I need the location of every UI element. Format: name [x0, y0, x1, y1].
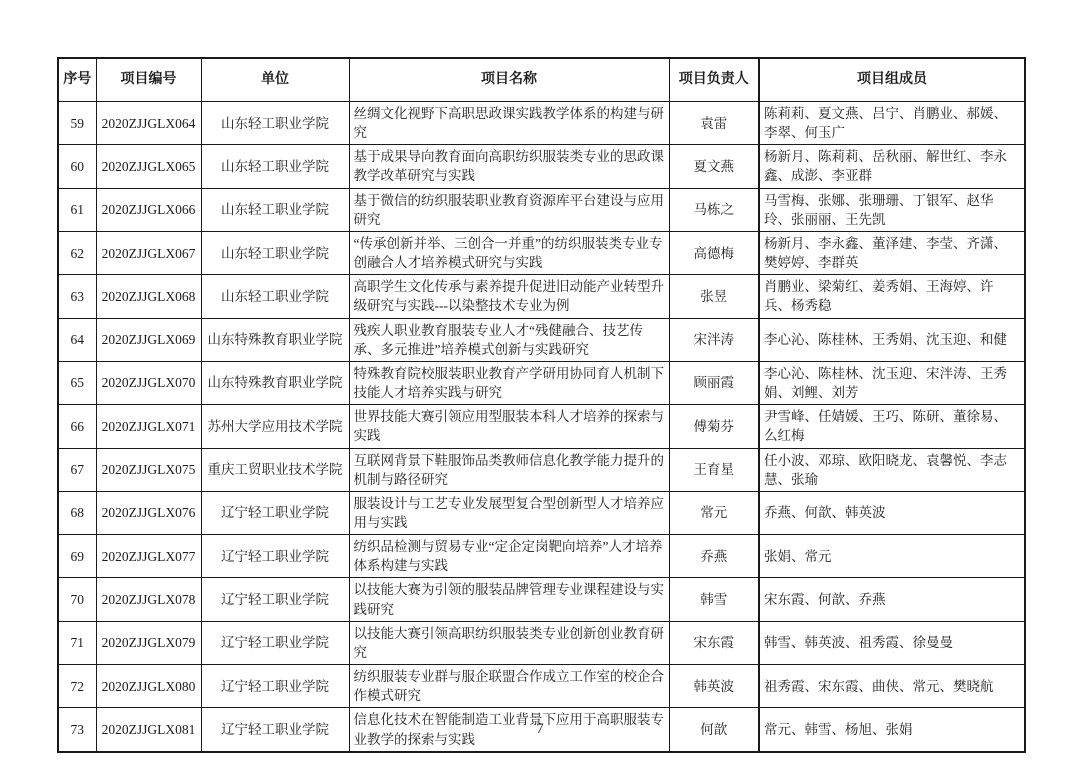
- table-row: 72 2020ZJJGLX080 辽宁轻工职业学院 纺织服装专业群与服企联盟合作…: [58, 665, 1025, 708]
- cell-title: 以技能大赛为引领的服装品牌管理专业课程建设与实践研究: [349, 578, 669, 621]
- cell-seq: 70: [58, 578, 96, 621]
- cell-leader: 袁雷: [669, 102, 759, 145]
- cell-leader: 常元: [669, 491, 759, 534]
- project-table: 序号 项目编号 单位 项目名称 项目负责人 项目组成员 59 2020ZJJGL…: [57, 57, 1026, 753]
- cell-title: 以技能大赛引领高职纺织服装类专业创新创业教育研究: [349, 621, 669, 664]
- cell-members: 肖鹏业、梁菊红、姜秀娟、王海婷、许兵、杨秀稳: [759, 275, 1025, 318]
- cell-leader: 马栋之: [669, 188, 759, 231]
- cell-members: 杨新月、李永鑫、董泽建、李莹、齐潇、樊婷婷、李群英: [759, 231, 1025, 274]
- table-row: 64 2020ZJJGLX069 山东特殊教育职业学院 残疾人职业教育服装专业人…: [58, 318, 1025, 361]
- table-row: 59 2020ZJJGLX064 山东轻工职业学院 丝绸文化视野下高职思政课实践…: [58, 102, 1025, 145]
- cell-leader: 夏文燕: [669, 145, 759, 188]
- document-page: 序号 项目编号 单位 项目名称 项目负责人 项目组成员 59 2020ZJJGL…: [0, 0, 1080, 763]
- cell-members: 李心沁、陈桂林、沈玉迎、宋泮涛、王秀娟、刘鲤、刘芳: [759, 361, 1025, 404]
- cell-members: 陈莉莉、夏文燕、吕宁、肖鹏业、郝媛、李翠、何玉广: [759, 102, 1025, 145]
- cell-leader: 韩雪: [669, 578, 759, 621]
- header-members: 项目组成员: [759, 58, 1025, 102]
- cell-code: 2020ZJJGLX066: [96, 188, 201, 231]
- table-row: 62 2020ZJJGLX067 山东轻工职业学院 “传承创新并举、三创合一并重…: [58, 231, 1025, 274]
- table-row: 63 2020ZJJGLX068 山东轻工职业学院 高职学生文化传承与素养提升促…: [58, 275, 1025, 318]
- cell-unit: 辽宁轻工职业学院: [201, 578, 349, 621]
- cell-code: 2020ZJJGLX070: [96, 361, 201, 404]
- cell-title: 基于微信的纺织服装职业教育资源库平台建设与应用研究: [349, 188, 669, 231]
- cell-unit: 苏州大学应用技术学院: [201, 405, 349, 448]
- cell-code: 2020ZJJGLX067: [96, 231, 201, 274]
- cell-title: 残疾人职业教育服装专业人才“残健融合、技艺传承、多元推进”培养模式创新与实践研究: [349, 318, 669, 361]
- cell-code: 2020ZJJGLX068: [96, 275, 201, 318]
- cell-leader: 宋东霞: [669, 621, 759, 664]
- cell-members: 李心沁、陈桂林、王秀娟、沈玉迎、和健: [759, 318, 1025, 361]
- cell-code: 2020ZJJGLX065: [96, 145, 201, 188]
- cell-code: 2020ZJJGLX080: [96, 665, 201, 708]
- cell-seq: 72: [58, 665, 96, 708]
- table-row: 65 2020ZJJGLX070 山东特殊教育职业学院 特殊教育院校服装职业教育…: [58, 361, 1025, 404]
- cell-seq: 67: [58, 448, 96, 491]
- header-code: 项目编号: [96, 58, 201, 102]
- cell-code: 2020ZJJGLX078: [96, 578, 201, 621]
- cell-unit: 山东特殊教育职业学院: [201, 318, 349, 361]
- cell-seq: 64: [58, 318, 96, 361]
- cell-seq: 68: [58, 491, 96, 534]
- cell-unit: 山东轻工职业学院: [201, 188, 349, 231]
- cell-title: 基于成果导向教育面向高职纺织服装类专业的思政课教学改革研究与实践: [349, 145, 669, 188]
- cell-leader: 顾丽霞: [669, 361, 759, 404]
- cell-unit: 山东特殊教育职业学院: [201, 361, 349, 404]
- cell-members: 宋东霞、何歆、乔燕: [759, 578, 1025, 621]
- cell-seq: 60: [58, 145, 96, 188]
- cell-seq: 69: [58, 535, 96, 578]
- table-row: 61 2020ZJJGLX066 山东轻工职业学院 基于微信的纺织服装职业教育资…: [58, 188, 1025, 231]
- cell-code: 2020ZJJGLX071: [96, 405, 201, 448]
- cell-unit: 辽宁轻工职业学院: [201, 491, 349, 534]
- cell-code: 2020ZJJGLX075: [96, 448, 201, 491]
- cell-title: 纺织品检测与贸易专业“定企定岗靶向培养”人才培养体系构建与实践: [349, 535, 669, 578]
- cell-unit: 辽宁轻工职业学院: [201, 621, 349, 664]
- cell-unit: 山东轻工职业学院: [201, 275, 349, 318]
- table-row: 71 2020ZJJGLX079 辽宁轻工职业学院 以技能大赛引领高职纺织服装类…: [58, 621, 1025, 664]
- cell-members: 乔燕、何歆、韩英波: [759, 491, 1025, 534]
- cell-leader: 宋泮涛: [669, 318, 759, 361]
- cell-leader: 张昱: [669, 275, 759, 318]
- cell-unit: 辽宁轻工职业学院: [201, 535, 349, 578]
- cell-unit: 山东轻工职业学院: [201, 231, 349, 274]
- cell-title: “传承创新并举、三创合一并重”的纺织服装类专业专创融合人才培养模式研究与实践: [349, 231, 669, 274]
- cell-title: 特殊教育院校服装职业教育产学研用协同育人机制下技能人才培养实践与研究: [349, 361, 669, 404]
- cell-leader: 乔燕: [669, 535, 759, 578]
- cell-seq: 71: [58, 621, 96, 664]
- cell-leader: 王育星: [669, 448, 759, 491]
- cell-code: 2020ZJJGLX076: [96, 491, 201, 534]
- cell-seq: 61: [58, 188, 96, 231]
- cell-unit: 山东轻工职业学院: [201, 102, 349, 145]
- cell-unit: 辽宁轻工职业学院: [201, 665, 349, 708]
- cell-members: 韩雪、韩英波、祖秀霞、徐曼曼: [759, 621, 1025, 664]
- cell-leader: 傅菊芬: [669, 405, 759, 448]
- header-row: 序号 项目编号 单位 项目名称 项目负责人 项目组成员: [58, 58, 1025, 102]
- cell-unit: 重庆工贸职业技术学院: [201, 448, 349, 491]
- cell-title: 纺织服装专业群与服企联盟合作成立工作室的校企合作模式研究: [349, 665, 669, 708]
- table-row: 69 2020ZJJGLX077 辽宁轻工职业学院 纺织品检测与贸易专业“定企定…: [58, 535, 1025, 578]
- table-row: 67 2020ZJJGLX075 重庆工贸职业技术学院 互联网背景下鞋服饰品类教…: [58, 448, 1025, 491]
- cell-seq: 66: [58, 405, 96, 448]
- cell-leader: 高德梅: [669, 231, 759, 274]
- table-row: 60 2020ZJJGLX065 山东轻工职业学院 基于成果导向教育面向高职纺织…: [58, 145, 1025, 188]
- table-row: 70 2020ZJJGLX078 辽宁轻工职业学院 以技能大赛为引领的服装品牌管…: [58, 578, 1025, 621]
- cell-seq: 65: [58, 361, 96, 404]
- cell-seq: 59: [58, 102, 96, 145]
- cell-title: 世界技能大赛引领应用型服装本科人才培养的探索与实践: [349, 405, 669, 448]
- cell-unit: 山东轻工职业学院: [201, 145, 349, 188]
- cell-seq: 63: [58, 275, 96, 318]
- header-leader: 项目负责人: [669, 58, 759, 102]
- table-row: 66 2020ZJJGLX071 苏州大学应用技术学院 世界技能大赛引领应用型服…: [58, 405, 1025, 448]
- header-title: 项目名称: [349, 58, 669, 102]
- cell-members: 尹雪峰、任婧媛、王巧、陈研、董徐易、么红梅: [759, 405, 1025, 448]
- header-unit: 单位: [201, 58, 349, 102]
- cell-leader: 韩英波: [669, 665, 759, 708]
- cell-code: 2020ZJJGLX064: [96, 102, 201, 145]
- cell-title: 丝绸文化视野下高职思政课实践教学体系的构建与研究: [349, 102, 669, 145]
- cell-members: 张娟、常元: [759, 535, 1025, 578]
- cell-code: 2020ZJJGLX069: [96, 318, 201, 361]
- cell-members: 任小波、邓琼、欧阳晓龙、袁馨悦、李志慧、张瑜: [759, 448, 1025, 491]
- cell-members: 杨新月、陈莉莉、岳秋丽、解世红、李永鑫、成澎、李亚群: [759, 145, 1025, 188]
- cell-title: 高职学生文化传承与素养提升促进旧动能产业转型升级研究与实践---以染整技术专业为…: [349, 275, 669, 318]
- cell-title: 服装设计与工艺专业发展型复合型创新型人才培养应用与实践: [349, 491, 669, 534]
- cell-seq: 62: [58, 231, 96, 274]
- table-header: 序号 项目编号 单位 项目名称 项目负责人 项目组成员: [58, 58, 1025, 102]
- cell-code: 2020ZJJGLX079: [96, 621, 201, 664]
- table-body: 59 2020ZJJGLX064 山东轻工职业学院 丝绸文化视野下高职思政课实践…: [58, 102, 1025, 752]
- page-number: 7: [0, 721, 1080, 738]
- cell-members: 祖秀霞、宋东霞、曲侠、常元、樊晓航: [759, 665, 1025, 708]
- header-seq: 序号: [58, 58, 96, 102]
- cell-title: 互联网背景下鞋服饰品类教师信息化教学能力提升的机制与路径研究: [349, 448, 669, 491]
- cell-code: 2020ZJJGLX077: [96, 535, 201, 578]
- table-row: 68 2020ZJJGLX076 辽宁轻工职业学院 服装设计与工艺专业发展型复合…: [58, 491, 1025, 534]
- cell-members: 马雪梅、张娜、张珊珊、丁银军、赵华玲、张丽丽、王先凯: [759, 188, 1025, 231]
